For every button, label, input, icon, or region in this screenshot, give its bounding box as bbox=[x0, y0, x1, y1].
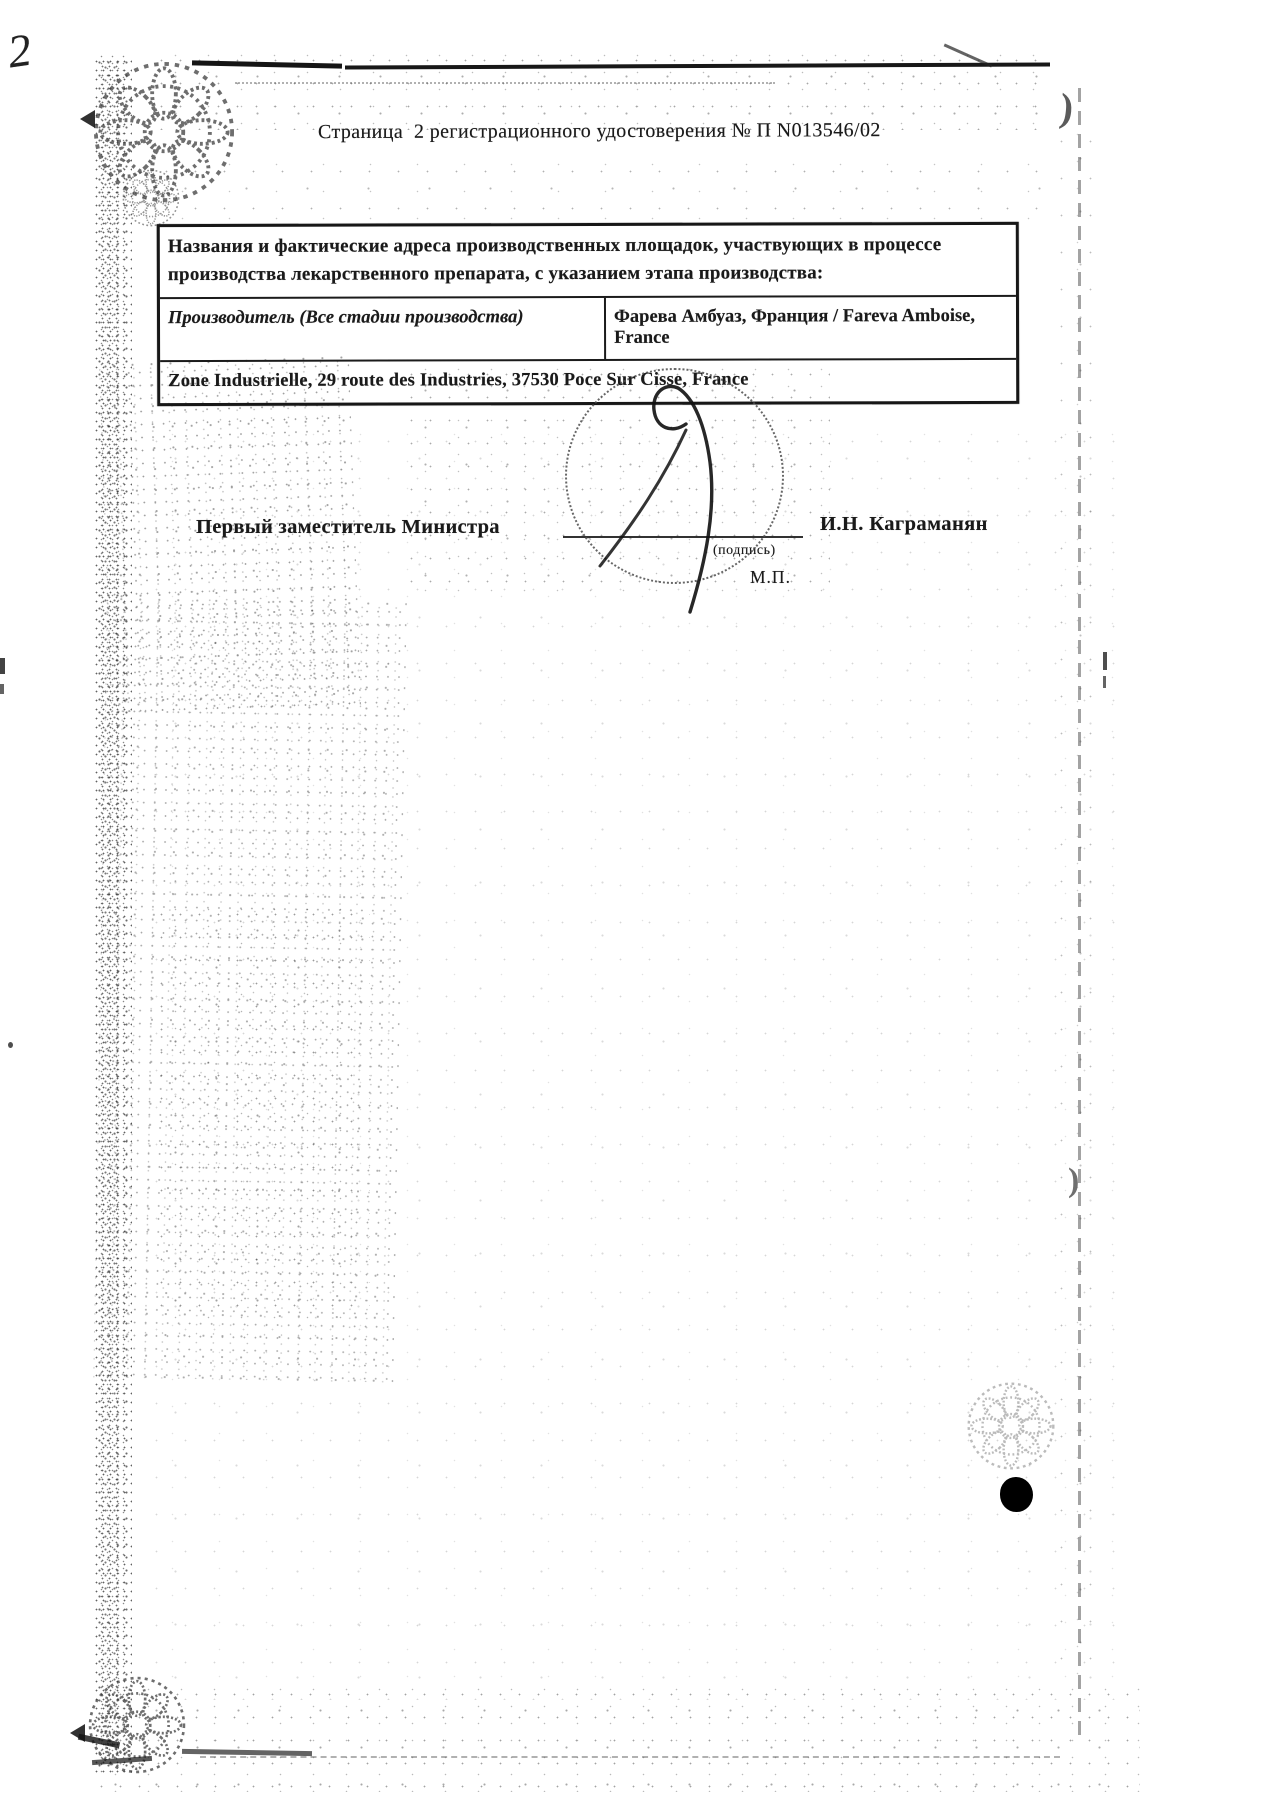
producer-stage-cell: Производитель (Все стадии производства) bbox=[160, 298, 606, 360]
scan-dotted-line bbox=[235, 82, 775, 84]
scan-noise-left-band bbox=[92, 55, 132, 1775]
ink-dot bbox=[1000, 1477, 1033, 1512]
scan-dashed-line-bottom bbox=[200, 1756, 1060, 1758]
scan-edge-line-right bbox=[1078, 88, 1081, 1738]
scan-bracket-mark-mid-right: ) bbox=[1068, 1162, 1079, 1200]
scan-noise-bottom-band bbox=[90, 1680, 1140, 1792]
scan-noise-left-band-core bbox=[98, 60, 120, 1760]
scan-bracket-mark-top-right: ) bbox=[1058, 83, 1076, 131]
signer-name: И.Н. Каграманян bbox=[820, 513, 988, 536]
page-title: Страница 2 регистрационного удостоверени… bbox=[318, 119, 938, 144]
scan-noise-top-band bbox=[150, 46, 1050, 130]
scan-tick bbox=[0, 658, 5, 674]
handwritten-page-mark: 2 bbox=[4, 23, 34, 79]
scan-noise-header-band bbox=[150, 150, 1050, 220]
scan-dot bbox=[8, 1042, 13, 1048]
table-header: Названия и фактические адреса производст… bbox=[160, 225, 1016, 299]
scan-tick bbox=[1103, 652, 1107, 670]
signature-scribble bbox=[540, 360, 800, 630]
edge-arrow-icon-top bbox=[80, 110, 95, 128]
scan-noise-cloud-lower-left bbox=[150, 900, 370, 1320]
table-row: Производитель (Все стадии производства) … bbox=[160, 297, 1016, 362]
signer-position-title: Первый заместитель Министра bbox=[196, 516, 500, 539]
scan-tick bbox=[1103, 676, 1106, 688]
scan-noise-cloud-mid-left bbox=[93, 597, 407, 1382]
scan-edge-line bbox=[345, 62, 1050, 69]
scanned-certificate-page: 2 ) ) Страница 2 регистрационного удосто… bbox=[0, 0, 1281, 1799]
rosette-ornament-top-left-small bbox=[118, 168, 184, 228]
producer-name-cell: Фарева Амбуаз, Франция / Fareva Amboise,… bbox=[606, 297, 1016, 359]
scan-tick bbox=[0, 684, 4, 694]
rosette-ornament-bottom-right bbox=[962, 1380, 1060, 1472]
